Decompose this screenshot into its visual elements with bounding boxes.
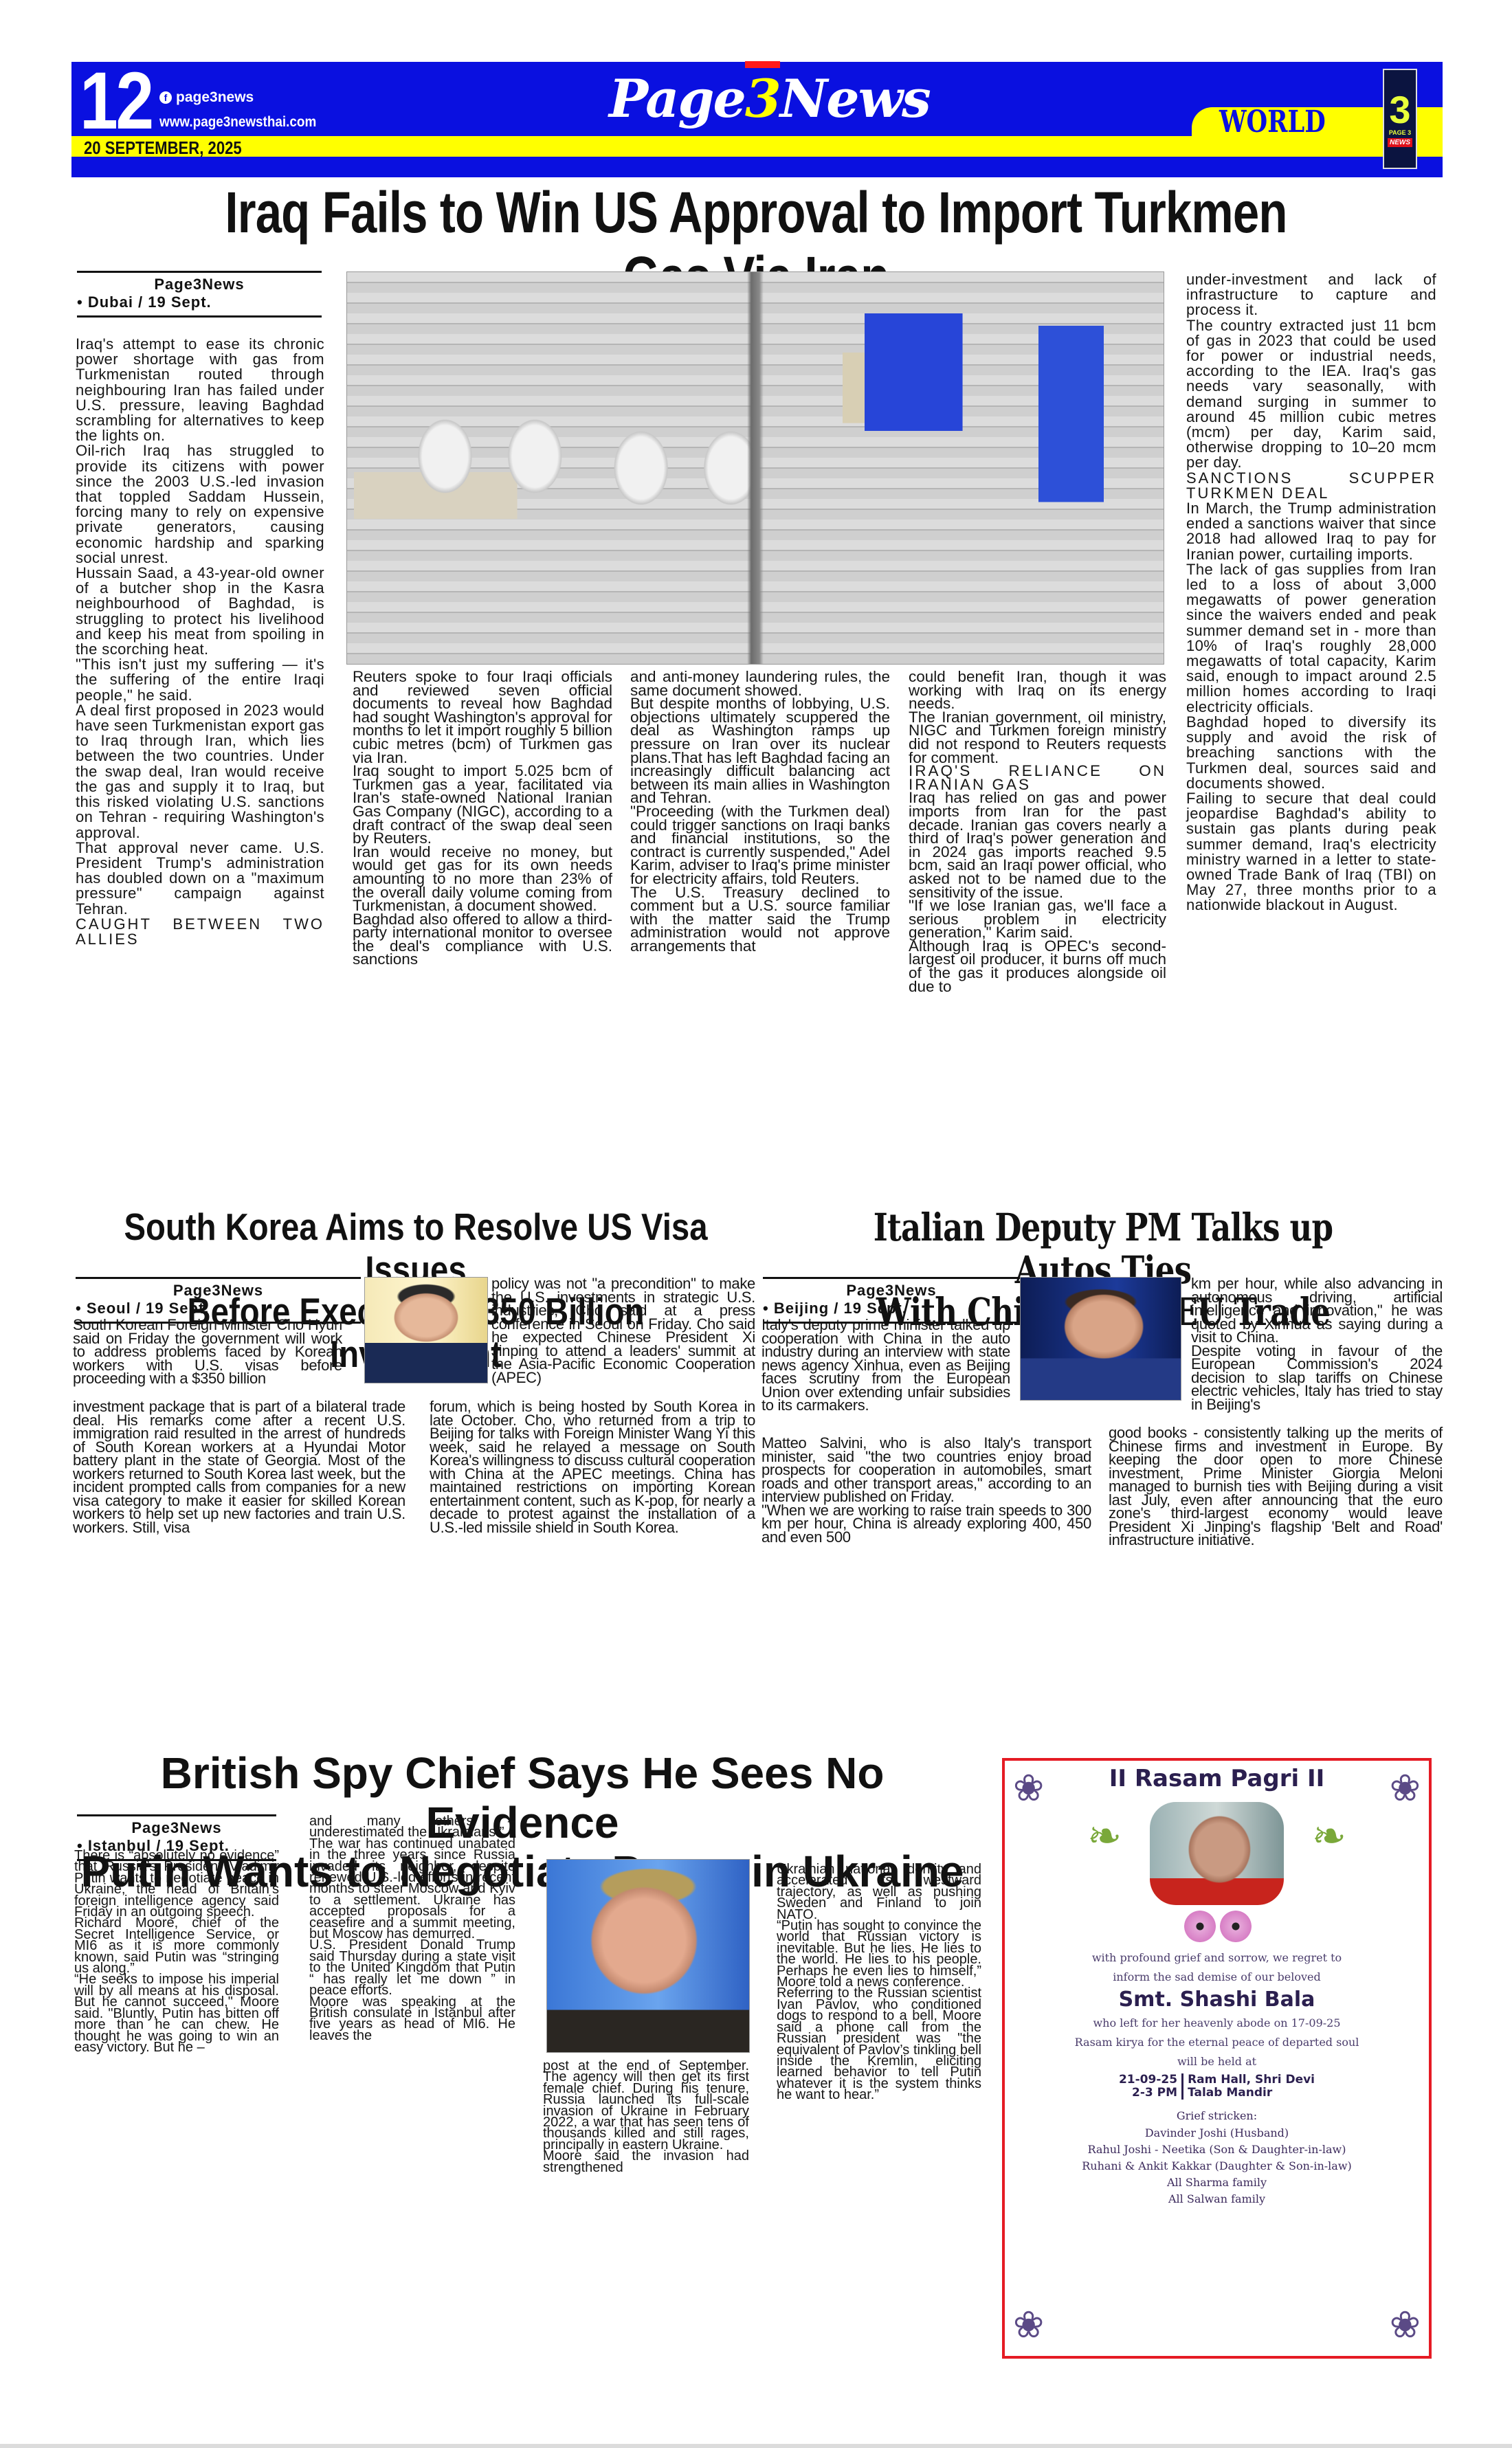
flower-garland <box>1148 1905 1286 1946</box>
ceremony-date: 21-09-25 <box>1119 2073 1177 2087</box>
paragraph: and many others – underestimated the Ukr… <box>309 1816 515 1838</box>
flower-decoration-icon: ❀ <box>1390 2303 1421 2346</box>
paragraph: Iraq has relied on gas and power imports… <box>909 791 1166 899</box>
italy-column-1-bottom: Matteo Salvini, who is also Italy's tran… <box>761 1436 1091 1544</box>
venue-line: Talab Mandir <box>1188 2087 1315 2100</box>
paragraph: post at the end of September. The agency… <box>543 2060 749 2150</box>
subheading: SANCTIONS SCUPPER TURKMEN DEAL <box>1186 471 1436 501</box>
paragraph: Richard Moore, chief of the Secret Intel… <box>74 1917 279 1974</box>
paragraph: Hussain Saad, a 43-year-old owner of a b… <box>76 566 324 657</box>
badge-number: 3 <box>1389 91 1410 129</box>
paragraph: Despite voting in favour of the European… <box>1191 1344 1443 1412</box>
page-number: 12 <box>80 60 152 142</box>
paragraph: Referring to the Russian scientist Ivan … <box>777 1988 981 2100</box>
paragraph: Failing to secure that deal could jeopar… <box>1186 791 1436 913</box>
cho-hyun-portrait <box>364 1277 488 1383</box>
paragraph: "Proceeding (with the Turkmen deal) coul… <box>630 805 890 886</box>
italy-column-2-bottom: good books - consistently talking up the… <box>1109 1426 1443 1547</box>
byline-dateline: • Dubai / 19 Sept. <box>77 293 322 311</box>
paragraph: But despite months of lobbying, U.S. obj… <box>630 697 890 805</box>
paragraph: Moore said the invasion had strengthened <box>543 2150 749 2173</box>
paragraph: Iraq sought to import 5.025 bcm of Turkm… <box>353 764 612 845</box>
deceased-photo <box>1150 1802 1284 1905</box>
brand-suffix: News <box>780 68 930 129</box>
ceremony-time: 2-3 PM <box>1119 2087 1177 2100</box>
obituary-message-4: Rasam kirya for the eternal peace of dep… <box>1005 2035 1429 2050</box>
family-member: Davinder Joshi (Husband) <box>1005 2125 1429 2141</box>
facebook-icon: f <box>159 91 172 104</box>
iraq-column-1: Iraq's attempt to ease its chronic power… <box>76 337 324 947</box>
brand-prefix: Page <box>609 68 745 129</box>
paragraph: "If we lose Iranian gas, we'll face a se… <box>909 899 1166 939</box>
paragraph: That approval never came. U.S. President… <box>76 841 324 917</box>
italy-column-2-top: km per hour, while also advancing in aut… <box>1191 1277 1443 1411</box>
flower-decoration-icon: ❀ <box>1013 1766 1044 1810</box>
byline-agency: Page3News <box>77 1819 276 1837</box>
paragraph: The U.S. Treasury declined to comment bu… <box>630 886 890 953</box>
paragraph: A deal first proposed in 2023 would have… <box>76 703 324 841</box>
paragraph: Iraq's attempt to ease its chronic power… <box>76 337 324 443</box>
ceremony-venue: Ram Hall, Shri Devi Talab Mandir <box>1188 2073 1315 2100</box>
family-member: All Salwan family <box>1005 2191 1429 2207</box>
section-label: WORLD <box>1219 104 1324 140</box>
paragraph: The lack of gas supplies from Iran led t… <box>1186 562 1436 715</box>
paragraph: There is “absolutely no evidence” that R… <box>74 1850 279 1917</box>
venue-line: Ram Hall, Shri Devi <box>1188 2073 1315 2087</box>
leaf-decoration-icon: ❧ <box>1312 1812 1346 1860</box>
leaf-decoration-icon: ❧ <box>1087 1812 1122 1860</box>
subheading: CAUGHT BETWEEN TWO ALLIES <box>76 917 324 947</box>
korea-column-1-bottom: investment package that is part of a bil… <box>73 1400 405 1534</box>
iraq-column-4: could benefit Iran, though it was workin… <box>909 670 1166 993</box>
spy-column-3: post at the end of September. The agency… <box>543 2060 749 2173</box>
badge-text: PAGE 3 <box>1389 129 1411 136</box>
paragraph: "When we are working to raise train spee… <box>761 1504 1091 1544</box>
issue-date: 20 SEPTEMBER, 2025 <box>84 137 242 159</box>
paragraph: Ukrainian national identity and accelera… <box>777 1864 981 1920</box>
family-list: Davinder Joshi (Husband) Rahul Joshi - N… <box>1005 2125 1429 2207</box>
paragraph: The war has continued unabated in the th… <box>309 1838 515 1940</box>
paragraph: under-investment and lack of infrastruct… <box>1186 272 1436 318</box>
obituary-message-2: inform the sad demise of our beloved <box>1005 1970 1429 1985</box>
page3-badge-logo: 3 PAGE 3 NEWS <box>1383 69 1417 169</box>
paragraph: km per hour, while also advancing in aut… <box>1191 1277 1443 1344</box>
obituary-message-3: who left for her heavenly abode on 17-09… <box>1005 2016 1429 2031</box>
byline-dateline: • Seoul / 19 Sept. <box>76 1300 361 1317</box>
iraq-column-2: Reuters spoke to four Iraqi officials an… <box>353 670 612 966</box>
gas-plant-photo <box>346 271 1164 665</box>
paragraph: Moore was speaking at the British consul… <box>309 1996 515 2042</box>
obituary-title: II Rasam Pagri II <box>1005 1765 1429 1792</box>
spy-column-4: Ukrainian national identity and accelera… <box>777 1864 981 2101</box>
korea-column-2-top: policy was not "a precondition" to make … <box>491 1277 755 1384</box>
paragraph: could benefit Iran, though it was workin… <box>909 670 1166 711</box>
iraq-byline: Page3News • Dubai / 19 Sept. <box>77 271 322 318</box>
paragraph: Matteo Salvini, who is also Italy's tran… <box>761 1436 1091 1504</box>
obituary-message-5: will be held at <box>1005 2054 1429 2069</box>
byline-dateline: • Beijing / 19 Sept. <box>763 1300 1020 1317</box>
flower-decoration-icon: ❀ <box>1013 2303 1044 2346</box>
masthead: 12 f page3news www.page3newsthai.com 20 … <box>71 62 1443 177</box>
masthead-bottom-band <box>71 157 1443 177</box>
newspaper-logo: Page3News <box>609 73 930 125</box>
badge-news: NEWS <box>1388 138 1412 147</box>
deceased-name: Smt. Shashi Bala <box>1005 1988 1429 2012</box>
korea-column-1-top: South Korean Foreign Minister Cho Hyun s… <box>73 1318 342 1386</box>
paragraph: U.S. President Donald Trump said Thursda… <box>309 1939 515 1996</box>
richard-moore-portrait <box>546 1859 750 2053</box>
facebook-handle: page3news <box>176 89 254 106</box>
family-member: All Sharma family <box>1005 2174 1429 2191</box>
byline-agency: Page3News <box>76 1282 361 1300</box>
iraq-column-3: and anti-money laundering rules, the sam… <box>630 670 890 953</box>
paragraph: Oil-rich Iraq has struggled to provide i… <box>76 443 324 566</box>
grief-stricken-label: Grief stricken: <box>1005 2109 1429 2122</box>
italy-column-1-top: Italy's deputy prime minister talked up … <box>761 1318 1010 1412</box>
byline-agency: Page3News <box>77 276 322 293</box>
paragraph: Baghdad also offered to allow a third-pa… <box>353 913 612 966</box>
paragraph: "This isn't just my suffering — it's the… <box>76 657 324 703</box>
page-bottom-border <box>0 2444 1512 2448</box>
paragraph: Iran would receive no money, but would g… <box>353 845 612 913</box>
paragraph: Baghdad hoped to diversify its supply an… <box>1186 715 1436 791</box>
paragraph: “Putin has sought to convince the world … <box>777 1920 981 1988</box>
paragraph: In March, the Trump administration ended… <box>1186 501 1436 562</box>
website-link[interactable]: www.page3newsthai.com <box>159 114 316 131</box>
facebook-link[interactable]: f page3news <box>159 89 254 106</box>
family-member: Ruhani & Ankit Kakkar (Daughter & Son-in… <box>1005 2158 1429 2174</box>
flower-decoration-icon: ❀ <box>1390 1766 1421 1810</box>
paragraph: and anti-money laundering rules, the sam… <box>630 670 890 697</box>
spy-column-1: There is “absolutely no evidence” that R… <box>74 1850 279 2053</box>
family-member: Rahul Joshi - Neetika (Son & Daughter-in… <box>1005 2141 1429 2158</box>
paragraph: The Iranian government, oil ministry, NI… <box>909 711 1166 764</box>
subheading: IRAQ'S RELIANCE ON IRANIAN GAS <box>909 764 1166 791</box>
spy-column-2: and many others – underestimated the Ukr… <box>309 1816 515 2041</box>
byline-agency: Page3News <box>763 1282 1020 1300</box>
matteo-salvini-portrait <box>1020 1277 1181 1401</box>
korea-column-2-bottom: forum, which is being hosted by South Ko… <box>430 1400 755 1534</box>
flower-icon <box>1220 1911 1252 1942</box>
iraq-column-5: under-investment and lack of infrastruct… <box>1186 272 1436 913</box>
obituary-message-1: with profound grief and sorrow, we regre… <box>1005 1950 1429 1966</box>
paragraph: Reuters spoke to four Iraqi officials an… <box>353 670 612 764</box>
paragraph: The country extracted just 11 bcm of gas… <box>1186 318 1436 471</box>
ceremony-details: 21-09-25 2-3 PM Ram Hall, Shri Devi Tala… <box>1005 2073 1429 2100</box>
paragraph: “He seeks to impose his imperial will by… <box>74 1974 279 2053</box>
flower-icon <box>1184 1911 1216 1942</box>
obituary-advertisement: ❀ ❀ ❀ ❀ ❧ ❧ II Rasam Pagri II with profo… <box>1002 1758 1432 2359</box>
paragraph: Although Iraq is OPEC's second-largest o… <box>909 939 1166 993</box>
brand-three: 3 <box>745 61 780 129</box>
ceremony-datetime: 21-09-25 2-3 PM <box>1119 2073 1183 2100</box>
